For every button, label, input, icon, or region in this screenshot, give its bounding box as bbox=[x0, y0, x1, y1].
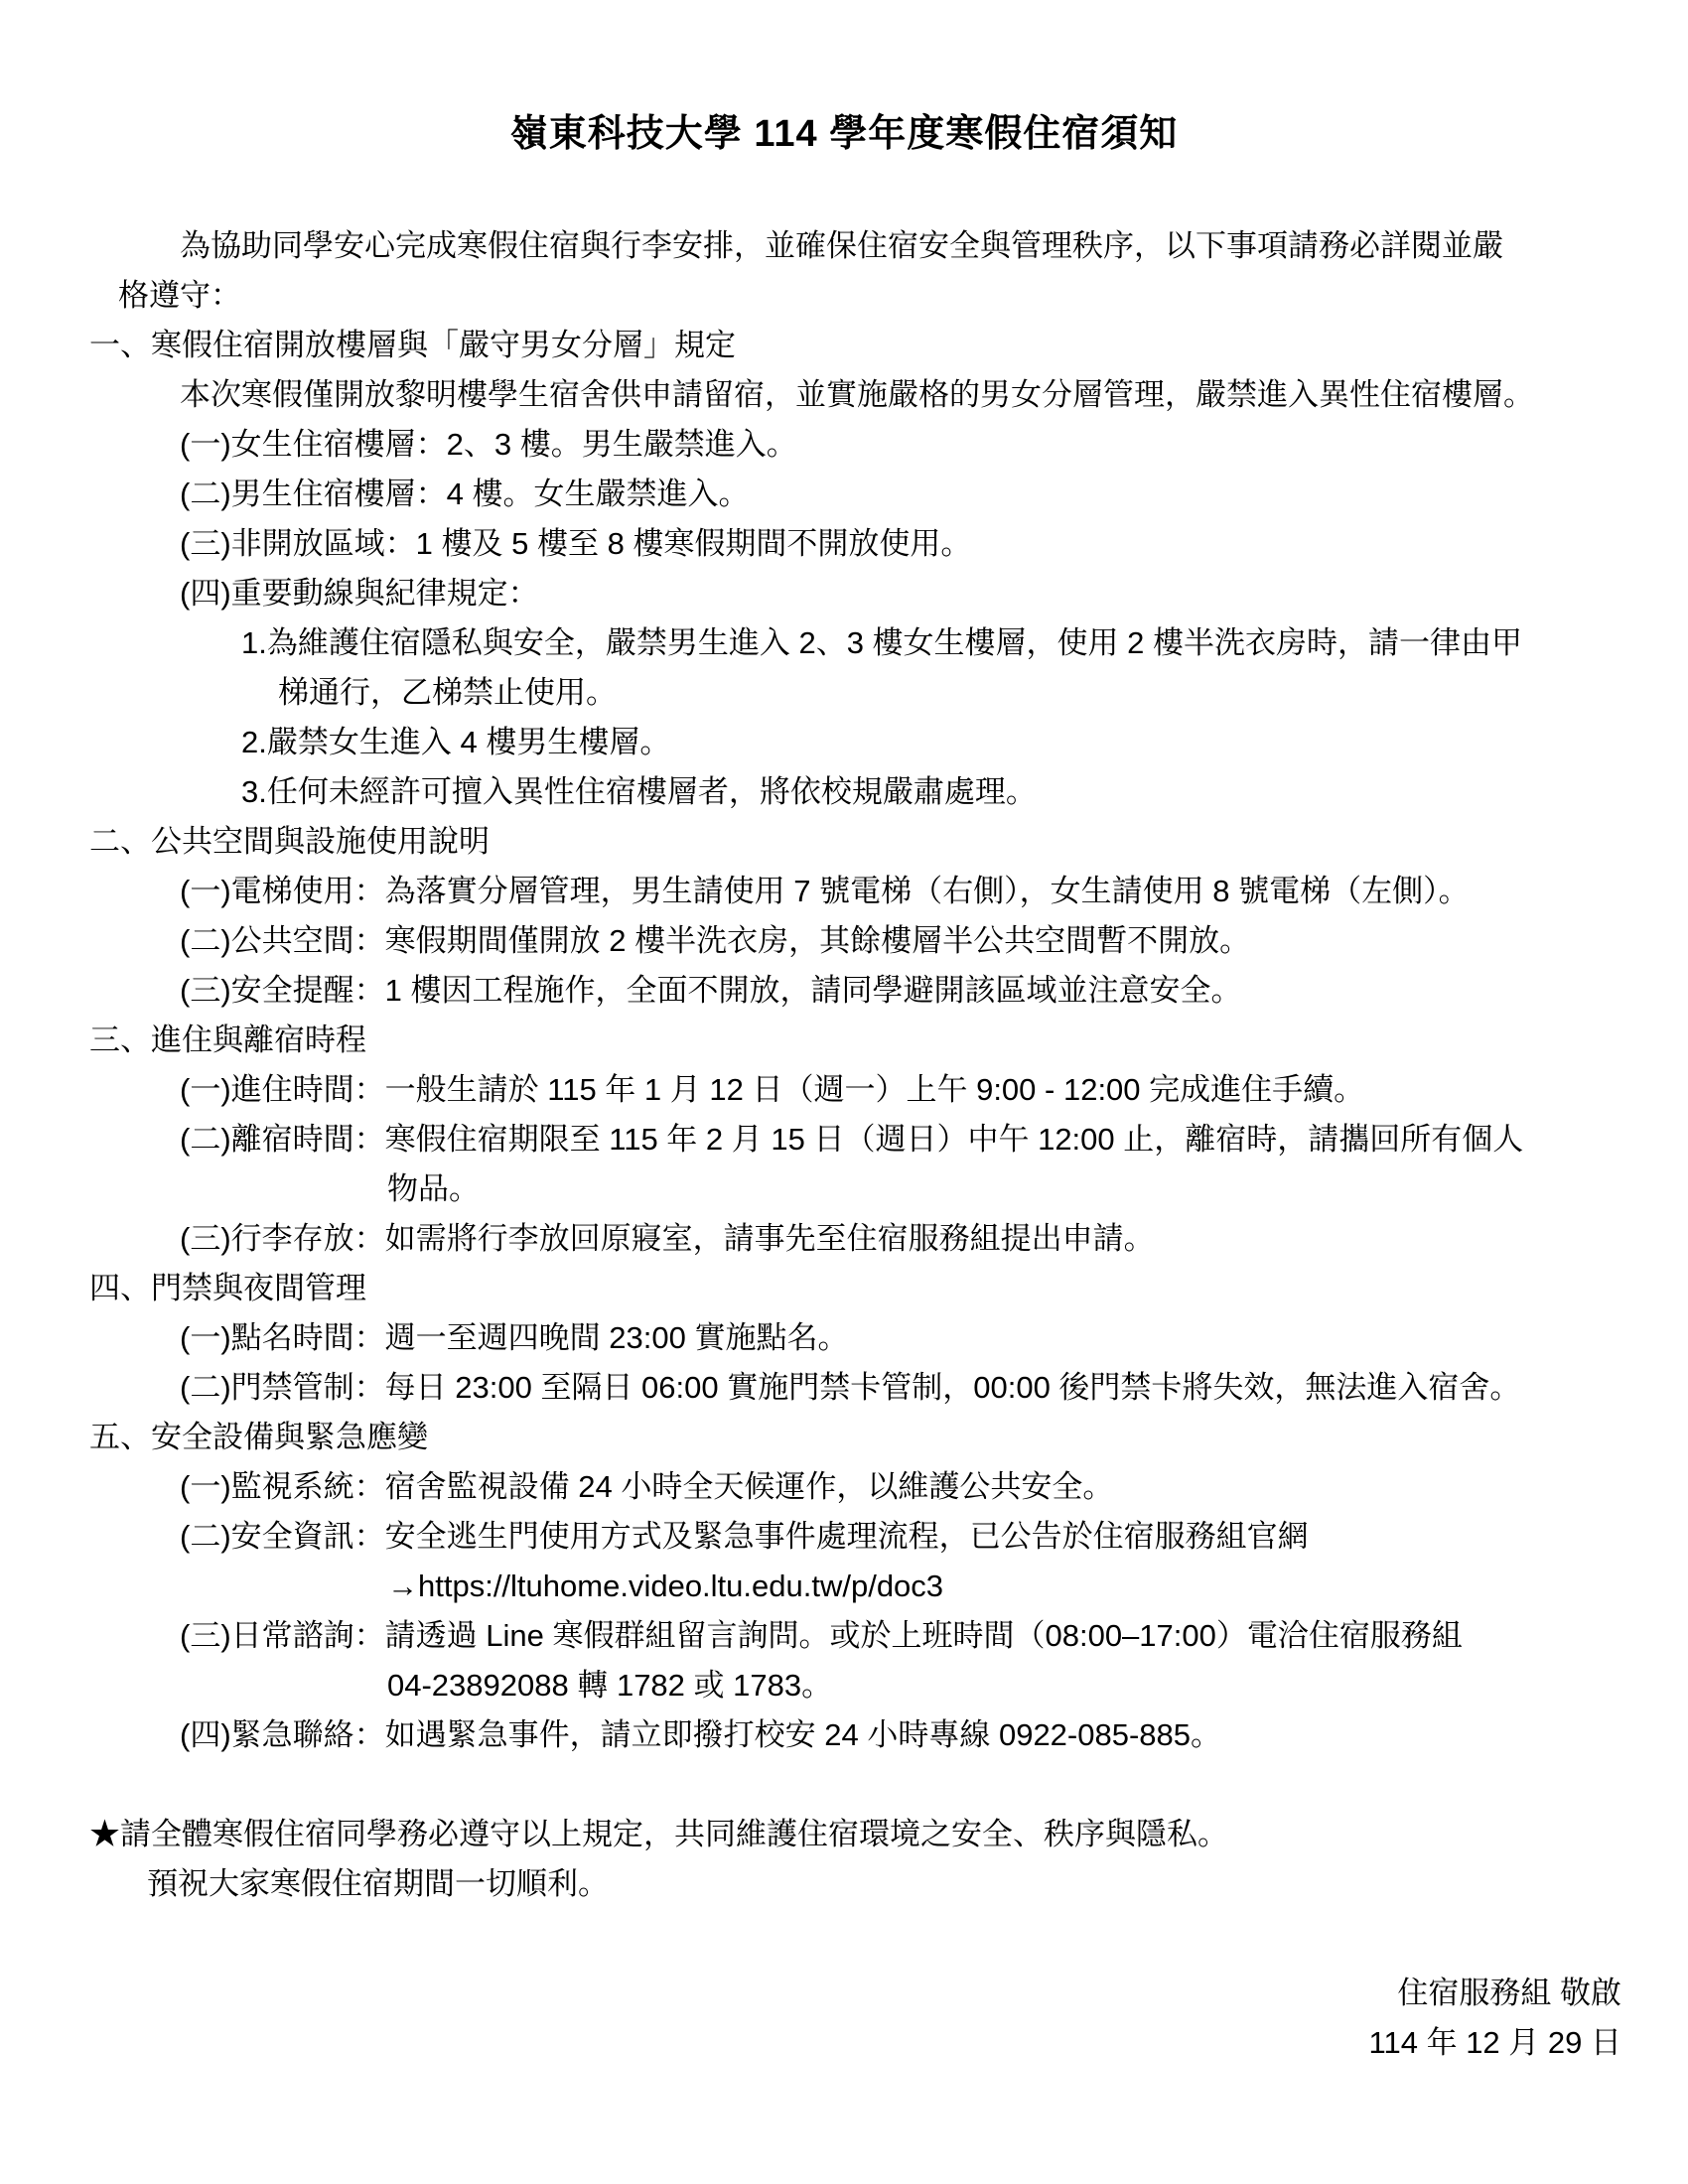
doc-line: (三)日常諮詢：請透過 Line 寒假群組留言詢問。或於上班時間（08:00–1… bbox=[180, 1611, 1688, 1661]
doc-line: (一)點名時間：週一至週四晚間 23:00 實施點名。 bbox=[180, 1313, 1688, 1363]
page-title: 嶺東科技大學 114 學年度寒假住宿須知 bbox=[0, 109, 1688, 159]
doc-line: 本次寒假僅開放黎明樓學生宿舍供申請留宿，並實施嚴格的男女分層管理，嚴禁進入異性住… bbox=[180, 370, 1688, 420]
doc-line: 預祝大家寒假住宿期間一切順利。 bbox=[147, 1859, 1688, 1909]
doc-line: 五、安全設備與緊急應變 bbox=[89, 1413, 1688, 1462]
doc-line: 04-23892088 轉 1782 或 1783。 bbox=[387, 1661, 1688, 1710]
doc-line: 梯通行，乙梯禁止使用。 bbox=[278, 668, 1688, 718]
doc-line: (三)非開放區域：1 樓及 5 樓至 8 樓寒假期間不開放使用。 bbox=[180, 519, 1688, 569]
doc-line: ★請全體寒假住宿同學務必遵守以上規定，共同維護住宿環境之安全、秩序與隱私。 bbox=[89, 1810, 1688, 1859]
doc-line: (二)男生住宿樓層：4 樓。女生嚴禁進入。 bbox=[180, 470, 1688, 519]
doc-line: 1.為維護住宿隱私與安全，嚴禁男生進入 2、3 樓女生樓層，使用 2 樓半洗衣房… bbox=[241, 618, 1688, 668]
doc-line: 一、寒假住宿開放樓層與「嚴守男女分層」規定 bbox=[89, 321, 1688, 370]
doc-line: 二、公共空間與設施使用說明 bbox=[89, 817, 1688, 867]
doc-line: 物品。 bbox=[387, 1164, 1688, 1214]
doc-line: (一)女生住宿樓層：2、3 樓。男生嚴禁進入。 bbox=[180, 420, 1688, 470]
doc-line: (二)安全資訊：安全逃生門使用方式及緊急事件處理流程，已公告於住宿服務組官網 bbox=[180, 1512, 1688, 1562]
doc-line: 三、進住與離宿時程 bbox=[89, 1016, 1688, 1065]
doc-line: (四)緊急聯絡：如遇緊急事件，請立即撥打校安 24 小時專線 0922-085-… bbox=[180, 1710, 1688, 1760]
doc-line: →https://ltuhome.video.ltu.edu.tw/p/doc3 bbox=[387, 1562, 1688, 1611]
document-page: 嶺東科技大學 114 學年度寒假住宿須知 為協助同學安心完成寒假住宿與行李安排，… bbox=[0, 0, 1688, 2184]
doc-line: 格遵守： bbox=[118, 271, 1688, 321]
doc-line: (一)進住時間：一般生請於 115 年 1 月 12 日（週一）上午 9:00 … bbox=[180, 1065, 1688, 1115]
doc-line: 四、門禁與夜間管理 bbox=[89, 1264, 1688, 1313]
doc-line: (一)電梯使用：為落實分層管理，男生請使用 7 號電梯（右側），女生請使用 8 … bbox=[180, 867, 1688, 916]
doc-line: (二)門禁管制：每日 23:00 至隔日 06:00 實施門禁卡管制，00:00… bbox=[180, 1363, 1688, 1413]
doc-line: (二)公共空間：寒假期間僅開放 2 樓半洗衣房，其餘樓層半公共空間暫不開放。 bbox=[180, 916, 1688, 966]
doc-line: (四)重要動線與紀律規定： bbox=[180, 569, 1688, 618]
doc-line: (一)監視系統：宿舍監視設備 24 小時全天候運作，以維護公共安全。 bbox=[180, 1462, 1688, 1512]
doc-line: 3.任何未經許可擅入異性住宿樓層者，將依校規嚴肅處理。 bbox=[241, 767, 1688, 817]
signature-date: 114 年 12 月 29 日 bbox=[0, 2018, 1621, 2068]
doc-line: (三)行李存放：如需將行李放回原寢室，請事先至住宿服務組提出申請。 bbox=[180, 1214, 1688, 1264]
doc-line: 為協助同學安心完成寒假住宿與行李安排，並確保住宿安全與管理秩序，以下事項請務必詳… bbox=[180, 221, 1688, 271]
document-body: 為協助同學安心完成寒假住宿與行李安排，並確保住宿安全與管理秩序，以下事項請務必詳… bbox=[0, 221, 1688, 1909]
doc-line: (三)安全提醒：1 樓因工程施作，全面不開放，請同學避開該區域並注意安全。 bbox=[180, 966, 1688, 1016]
signature-sender: 住宿服務組 敬啟 bbox=[0, 1969, 1621, 2018]
doc-line: (二)離宿時間：寒假住宿期限至 115 年 2 月 15 日（週日）中午 12:… bbox=[180, 1115, 1688, 1164]
doc-line: 2.嚴禁女生進入 4 樓男生樓層。 bbox=[241, 718, 1688, 767]
